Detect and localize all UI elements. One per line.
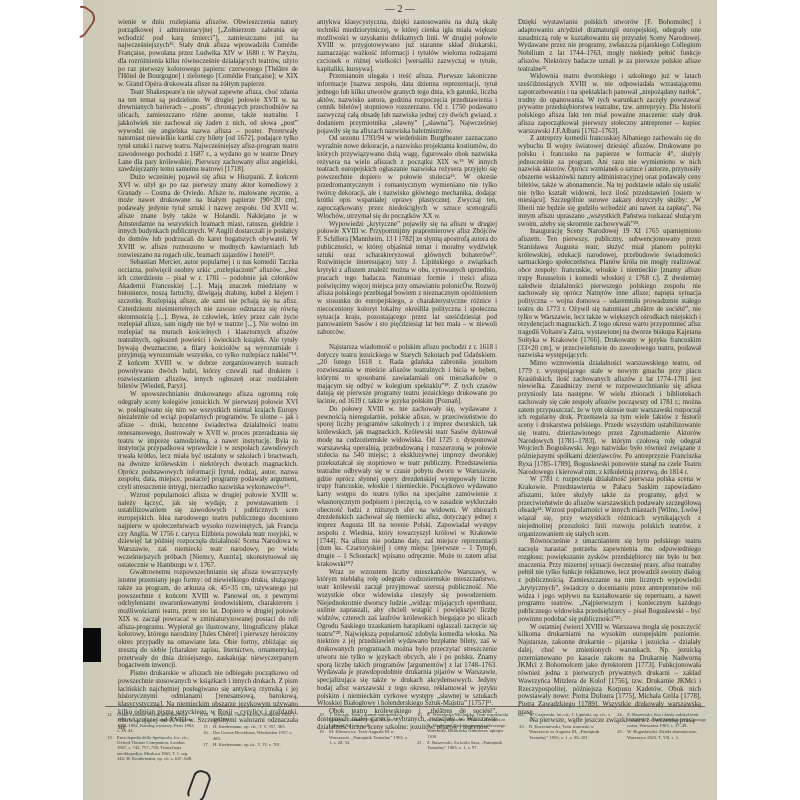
footnote-number: 12 .: [100, 712, 117, 734]
footnote-text: Z. Raszewski, Kto i kiedy założył teatr …: [627, 712, 710, 728]
paragraph: Wzrost popularności afisza w drugiej poł…: [118, 492, 298, 570]
footnote-text: S. Mercier, Obraz Paryża, Warszawa 1959,…: [213, 712, 296, 723]
footnote: 19 .M. Klimowicz, Teatr Augusta III w Wa…: [312, 729, 412, 745]
footnote-text: Der Grosse Brockhaus, Wiesbaden 1957, s.…: [213, 730, 296, 741]
footnote: 23 .B. Korzeniewski, Teatr francuski w W…: [512, 724, 612, 740]
footnote-column-1: 12 .Grand Larousse encyclopédique, Paris…: [100, 712, 195, 763]
footnote-number: 17 .: [196, 742, 213, 747]
footnote: 25 .W. Bogusławski, Dzieła dramatyczne, …: [610, 729, 710, 740]
footnote-column-5: 22 .W. Czajewski, loc.cit.; J. Lipiński,…: [512, 712, 612, 741]
footnote-number: 21 .: [410, 740, 427, 751]
paragraph: Przemianom ulegała i treść afisza. Pierw…: [317, 73, 497, 135]
footnote: 20 .K. Wierzbicka-Michalska, Teatr warsz…: [410, 712, 510, 739]
paragraph: Najstarsza wiadomość o polskim afiszu po…: [317, 344, 497, 406]
paragraph: wienie w dniu rozlepiania afiszów. Obwie…: [118, 19, 298, 89]
paragraph: W ostatniej ćwierci XVIII w. Warszawa mo…: [518, 624, 701, 717]
text-column-2: antykwa klasycystyczna, dzięki zastosowa…: [317, 19, 497, 731]
section-gap: [317, 337, 497, 344]
paragraph: Od sezonu 1793/94 w wiedeńskim Burgtheat…: [317, 135, 497, 220]
footnote-number: 25 .: [610, 729, 627, 740]
paragraph: Gwałtownemu rozpowszechnianiu się afisza…: [118, 569, 298, 670]
paragraph: Teatr Shakespeare'a nie używał zapewne a…: [118, 89, 298, 174]
footnote-text: K. Wierzbicka-Michalska, Teatr warszawsk…: [427, 712, 510, 739]
paragraph: W 1781 r. rozpoczęła działalność pierwsz…: [518, 476, 701, 538]
footnote-column-3: 18 .T. Witczak, Teatr i dramat staropols…: [312, 712, 412, 746]
paragraph: Wypowiedzi „krytyczne” pojawiły się na a…: [317, 221, 497, 337]
paragraph: W upowszechnianiu drukowanego afisza ogr…: [118, 391, 298, 492]
footnote: 16 .Der Grosse Brockhaus, Wiesbaden 1957…: [196, 730, 296, 741]
footnote-text: Grand Larousse encyclopédique, Paris 196…: [117, 712, 195, 734]
text-column-3: Dzięki wystawianiu polskich utworów [F. …: [518, 19, 701, 724]
footnote: 22 .W. Czajewski, loc.cit.; J. Lipiński,…: [512, 712, 612, 723]
footnote: 18 .T. Witczak, Teatr i dramat staropols…: [312, 712, 412, 728]
footnote-number: 23 .: [512, 724, 529, 740]
paragraph: Z antreprzy komedii francuskiej Albanieg…: [518, 135, 701, 228]
paragraph: Inaugurację Sceny Narodowej 19 XI 1765 u…: [518, 228, 701, 360]
footnote-text: M. Klimowicz, Teatr Augusta III w Warsza…: [329, 729, 412, 745]
footnote-text: H. Kindermann, op. cit., T. V, 357, 365.: [213, 724, 296, 729]
footnote-column-6: 24 .Z. Raszewski, Kto i kiedy założył te…: [610, 712, 710, 741]
footnote-number: 13 .: [100, 735, 117, 762]
paragraph: Sebastian Mercier, autor popularnej i u …: [118, 259, 298, 391]
page-number: — 2 —: [0, 4, 800, 15]
footnote: 21 .Z. Raszewski, Za króla Sasa, „Pamięt…: [410, 740, 510, 751]
footnote-column-4: 20 .K. Wierzbicka-Michalska, Teatr warsz…: [410, 712, 510, 752]
footnote-text: Enciclopedia dello Spettacolo, loc. cit.…: [117, 735, 195, 762]
footnote-number: 20 .: [410, 712, 427, 739]
footnote-number: 19 .: [312, 729, 329, 745]
footnote-column-2: 14 .S. Mercier, Obraz Paryża, Warszawa 1…: [196, 712, 296, 748]
paragraph: Widownia teatru dworskiego i szkolnego j…: [518, 73, 701, 135]
footnote-text: H. Kindermann, op.cit., T. IV, s. 701.: [213, 742, 296, 747]
black-index-tab: [83, 628, 101, 662]
footnote-number: 14 .: [196, 712, 213, 723]
paragraph: antykwa klasycystyczna, dzięki zastosowa…: [317, 19, 497, 73]
paragraph: Wraz ze wzrostem liczby mieszkańców Wars…: [317, 569, 497, 709]
footnote-text: B. Korzeniewski, Teatr francuski w Warsz…: [529, 724, 612, 740]
paragraph: Mimo wznowienia działalności warszawskie…: [518, 360, 701, 476]
footnote-text: T. Witczak, Teatr i dramat staropolski w…: [329, 712, 412, 728]
footnote: 15 .H. Kindermann, op. cit., T. V, 357, …: [196, 724, 296, 729]
footnote-number: 24 .: [610, 712, 627, 728]
text-column-1: wienie w dniu rozlepiania afiszów. Obwie…: [118, 19, 298, 732]
footnote-number: 22 .: [512, 712, 529, 723]
footnote: 12 .Grand Larousse encyclopédique, Paris…: [100, 712, 195, 734]
footnote: 14 .S. Mercier, Obraz Paryża, Warszawa 1…: [196, 712, 296, 723]
footnote-text: W. Czajewski, loc.cit.; J. Lipiński, op.…: [529, 712, 612, 723]
footnote-number: 18 .: [312, 712, 329, 728]
footnote-number: 16 .: [196, 730, 213, 741]
footnote-text: Z. Raszewski, Za króla Sasa, „Pamiętnik …: [427, 740, 510, 751]
footnote-number: 15 .: [196, 724, 213, 729]
footnote-divider: [105, 706, 705, 707]
footnote-text: W. Bogusławski, Dzieła dramatyczne, Wars…: [627, 729, 710, 740]
paragraph: Równocześnie z umacnianiem się bytu pols…: [518, 538, 701, 623]
paragraph: Dużo wcześniej pojawił się afisz w Hiszp…: [118, 174, 298, 259]
footnote: 13 .Enciclopedia dello Spettacolo, loc. …: [100, 735, 195, 762]
footnote: 24 .Z. Raszewski, Kto i kiedy założył te…: [610, 712, 710, 728]
paragraph: Do połowy XVIII w. nie zachowały się, wy…: [317, 406, 497, 569]
footnote: 17 .H. Kindermann, op.cit., T. IV, s. 70…: [196, 742, 296, 747]
paragraph: Dzięki wystawianiu polskich utworów [F. …: [518, 19, 701, 73]
